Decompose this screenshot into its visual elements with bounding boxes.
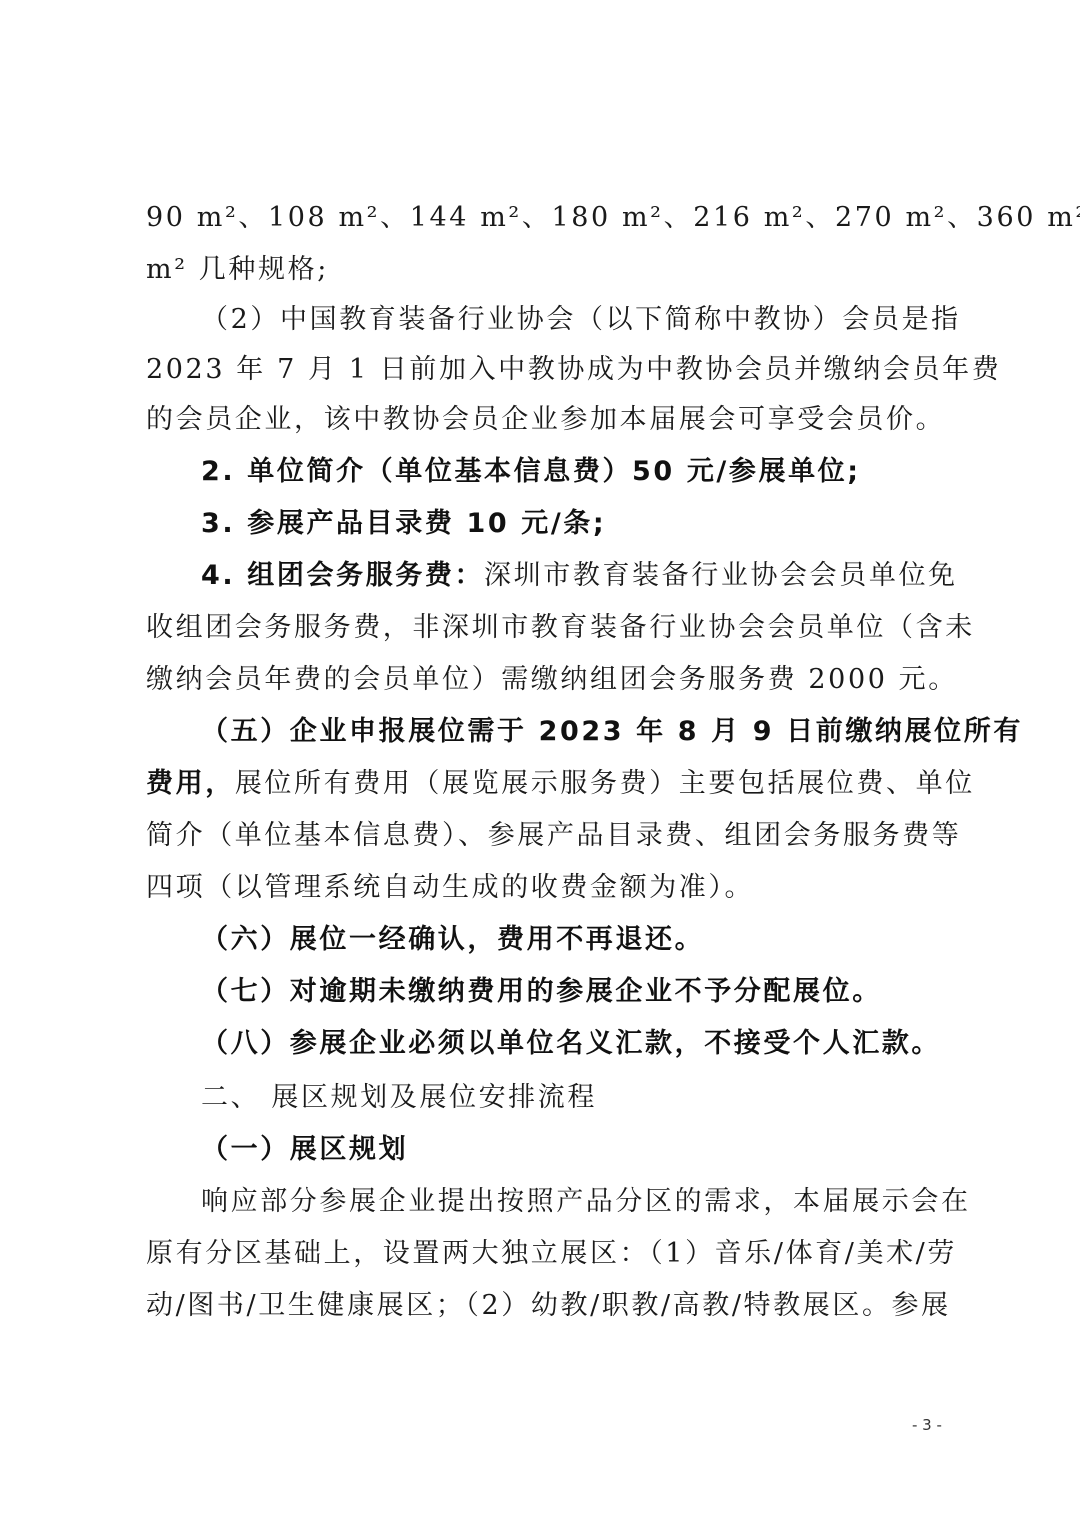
paragraph-line: 四项（以管理系统自动生成的收费金额为准）。 [146, 868, 946, 908]
fee-item-4-title: 4. 组团会务服务费： [201, 560, 484, 591]
section-seven: （七）对逾期未缴纳费用的参展企业不予分配展位。 [201, 972, 946, 1012]
section-five: （五）企业申报展位需于 2023 年 8 月 9 日前缴纳展位所有 [201, 712, 946, 752]
paragraph-line: 2023 年 7 月 1 日前加入中教协成为中教协会员并缴纳会员年费 [146, 350, 946, 390]
document-page: 90 m²、108 m²、144 m²、180 m²、216 m²、270 m²… [0, 0, 1080, 1528]
paragraph-line: 响应部分参展企业提出按照产品分区的需求，本届展示会在 [201, 1182, 946, 1222]
paragraph-line: 的会员企业，该中教协会员企业参加本届展会可享受会员价。 [146, 400, 946, 440]
fee-item-2: 2. 单位简介（单位基本信息费）50 元/参展单位; [201, 452, 946, 492]
page-number: - 3 - [912, 1416, 942, 1434]
heading-section-two: 二、 展区规划及展位安排流程 [201, 1078, 946, 1118]
paragraph-line: m² 几种规格; [146, 250, 946, 290]
paragraph-line: 收组团会务服务费，非深圳市教育装备行业协会会员单位（含未 [146, 608, 946, 648]
section-six: （六）展位一经确认，费用不再退还。 [201, 920, 946, 960]
section-eight: （八）参展企业必须以单位名义汇款，不接受个人汇款。 [201, 1024, 946, 1064]
paragraph-line: 简介（单位基本信息费）、参展产品目录费、组团会务服务费等 [146, 816, 946, 856]
paragraph-line: （2）中国教育装备行业协会（以下简称中教协）会员是指 [201, 300, 946, 340]
paragraph-line: 90 m²、108 m²、144 m²、180 m²、216 m²、270 m²… [146, 198, 946, 238]
fee-item-4: 4. 组团会务服务费：深圳市教育装备行业协会会员单位免 [201, 556, 946, 596]
paragraph-line: 费用，展位所有费用（展览展示服务费）主要包括展位费、单位 [146, 764, 946, 804]
paragraph-line: 原有分区基础上，设置两大独立展区：（1）音乐/体育/美术/劳 [146, 1234, 946, 1274]
heading-zone-planning: （一）展区规划 [201, 1130, 946, 1170]
paragraph-line: 缴纳会员年费的会员单位）需缴纳组团会务服务费 2000 元。 [146, 660, 946, 700]
fee-item-3: 3. 参展产品目录费 10 元/条; [201, 504, 946, 544]
booth-sizes-line: 90 m²、108 m²、144 m²、180 m²、216 m²、270 m²… [146, 202, 1080, 233]
paragraph-line: 动/图书/卫生健康展区；（2）幼教/职教/高教/特教展区。参展 [146, 1286, 946, 1326]
